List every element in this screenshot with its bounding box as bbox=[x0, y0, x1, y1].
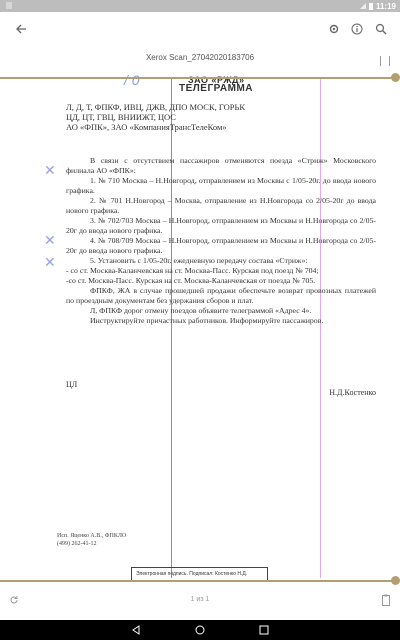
crop-guide-bottom[interactable] bbox=[0, 580, 395, 582]
search-icon bbox=[375, 23, 387, 35]
nav-home-icon[interactable] bbox=[194, 624, 206, 636]
crop-handle-top[interactable] bbox=[391, 73, 400, 82]
paragraph: 4. № 708/709 Москва – Н.Новгород, отправ… bbox=[66, 236, 376, 256]
page-indicator: 1 из 1 bbox=[0, 596, 400, 603]
signature-row: ЦЛ Н.Д.Костенко bbox=[66, 380, 376, 389]
signal-icon bbox=[360, 3, 366, 9]
paragraph: 5. Установить с 1/05-20г. ежедневную пер… bbox=[66, 256, 376, 266]
paragraph: 3. № 702/703 Москва – Н.Новгород, отправ… bbox=[66, 216, 376, 236]
paragraph: 2. № 701 Н.Новгород – Москва, отправлени… bbox=[66, 196, 376, 216]
paragraph: -со ст. Москва-Пасс. Курская на ст. Моск… bbox=[66, 276, 376, 286]
crop-guide-top[interactable] bbox=[0, 77, 395, 79]
addressee-line: АО «ФПК», ЗАО «КомпанияТрансТелеКом» bbox=[66, 122, 245, 132]
paragraph: В связи с отсутствием пассажиров отменяю… bbox=[66, 156, 376, 176]
system-nav-bar bbox=[0, 620, 400, 640]
paragraph: - со ст. Москва-Каланчевская на ст. Моск… bbox=[66, 266, 376, 276]
crop-handle-bottom[interactable] bbox=[391, 576, 400, 585]
executor-info: Исп. Яценко А.В., ФПКЛО (499) 262-41-12 bbox=[57, 532, 126, 548]
document-filename: Xerox Scan_27042020183706 bbox=[0, 53, 400, 62]
addressee-line: ЦД, ЦТ, ГВЦ, ВНИИЖТ, ЦОС bbox=[66, 112, 245, 122]
addressees: Л, Д, Т, ФПКФ, ИВЦ, ДЖВ, ДПО МОСК, ГОРЬК… bbox=[66, 102, 245, 132]
app-bar bbox=[0, 12, 400, 46]
battery-icon bbox=[369, 3, 373, 10]
margin-line-red bbox=[171, 78, 172, 578]
search-button[interactable] bbox=[372, 20, 390, 38]
executor-name: Исп. Яценко А.В., ФПКЛО bbox=[57, 532, 126, 540]
margin-line-pink bbox=[320, 78, 321, 578]
paragraph: Л, ФПКФ дорог отмену поездов объявите те… bbox=[66, 306, 376, 316]
clock: 11:19 bbox=[376, 2, 396, 11]
handwritten-x-mark: ✕ bbox=[44, 162, 56, 179]
clipboard-icon[interactable] bbox=[382, 594, 390, 606]
bottom-bar: 1 из 1 bbox=[0, 586, 400, 620]
sender-code: ЦЛ bbox=[66, 380, 77, 389]
bookmark-add-icon[interactable] bbox=[380, 56, 390, 66]
paragraph: 1. № 710 Москва – Н.Новгород, отправлени… bbox=[66, 176, 376, 196]
nav-recents-icon[interactable] bbox=[258, 624, 270, 636]
document-type: ТЕЛЕГРАММА bbox=[179, 83, 253, 94]
executor-phone: (499) 262-41-12 bbox=[57, 540, 126, 548]
back-button[interactable] bbox=[12, 20, 30, 38]
status-bar: 11:19 bbox=[0, 0, 400, 12]
paragraph: Инструктируйте причастных работников. Ин… bbox=[66, 316, 376, 326]
handwritten-x-mark: ✕ bbox=[44, 254, 56, 271]
handwritten-mark: / 0 bbox=[124, 72, 140, 88]
nav-back-icon[interactable] bbox=[130, 624, 142, 636]
info-button[interactable] bbox=[348, 20, 366, 38]
document-page: / 0 ЗАО «РЖД» ТЕЛЕГРАММА Л, Д, Т, ФПКФ, … bbox=[0, 78, 400, 586]
arrow-left-icon bbox=[15, 23, 27, 35]
settings-button[interactable] bbox=[325, 20, 343, 38]
handwritten-x-mark: ✕ bbox=[44, 232, 56, 249]
paragraph: ФПКФ, ЖА в случае прошедшей продажи обес… bbox=[66, 286, 376, 306]
info-icon bbox=[351, 23, 363, 35]
addressee-line: Л, Д, Т, ФПКФ, ИВЦ, ДЖВ, ДПО МОСК, ГОРЬК bbox=[66, 102, 245, 112]
notification-icon bbox=[6, 2, 12, 9]
signatory: Н.Д.Костенко bbox=[329, 388, 376, 397]
gear-icon bbox=[328, 23, 340, 35]
electronic-signature-stamp: Электронная подпись. Подписал: Костенко … bbox=[131, 567, 268, 581]
telegram-body: В связи с отсутствием пассажиров отменяю… bbox=[66, 156, 376, 326]
